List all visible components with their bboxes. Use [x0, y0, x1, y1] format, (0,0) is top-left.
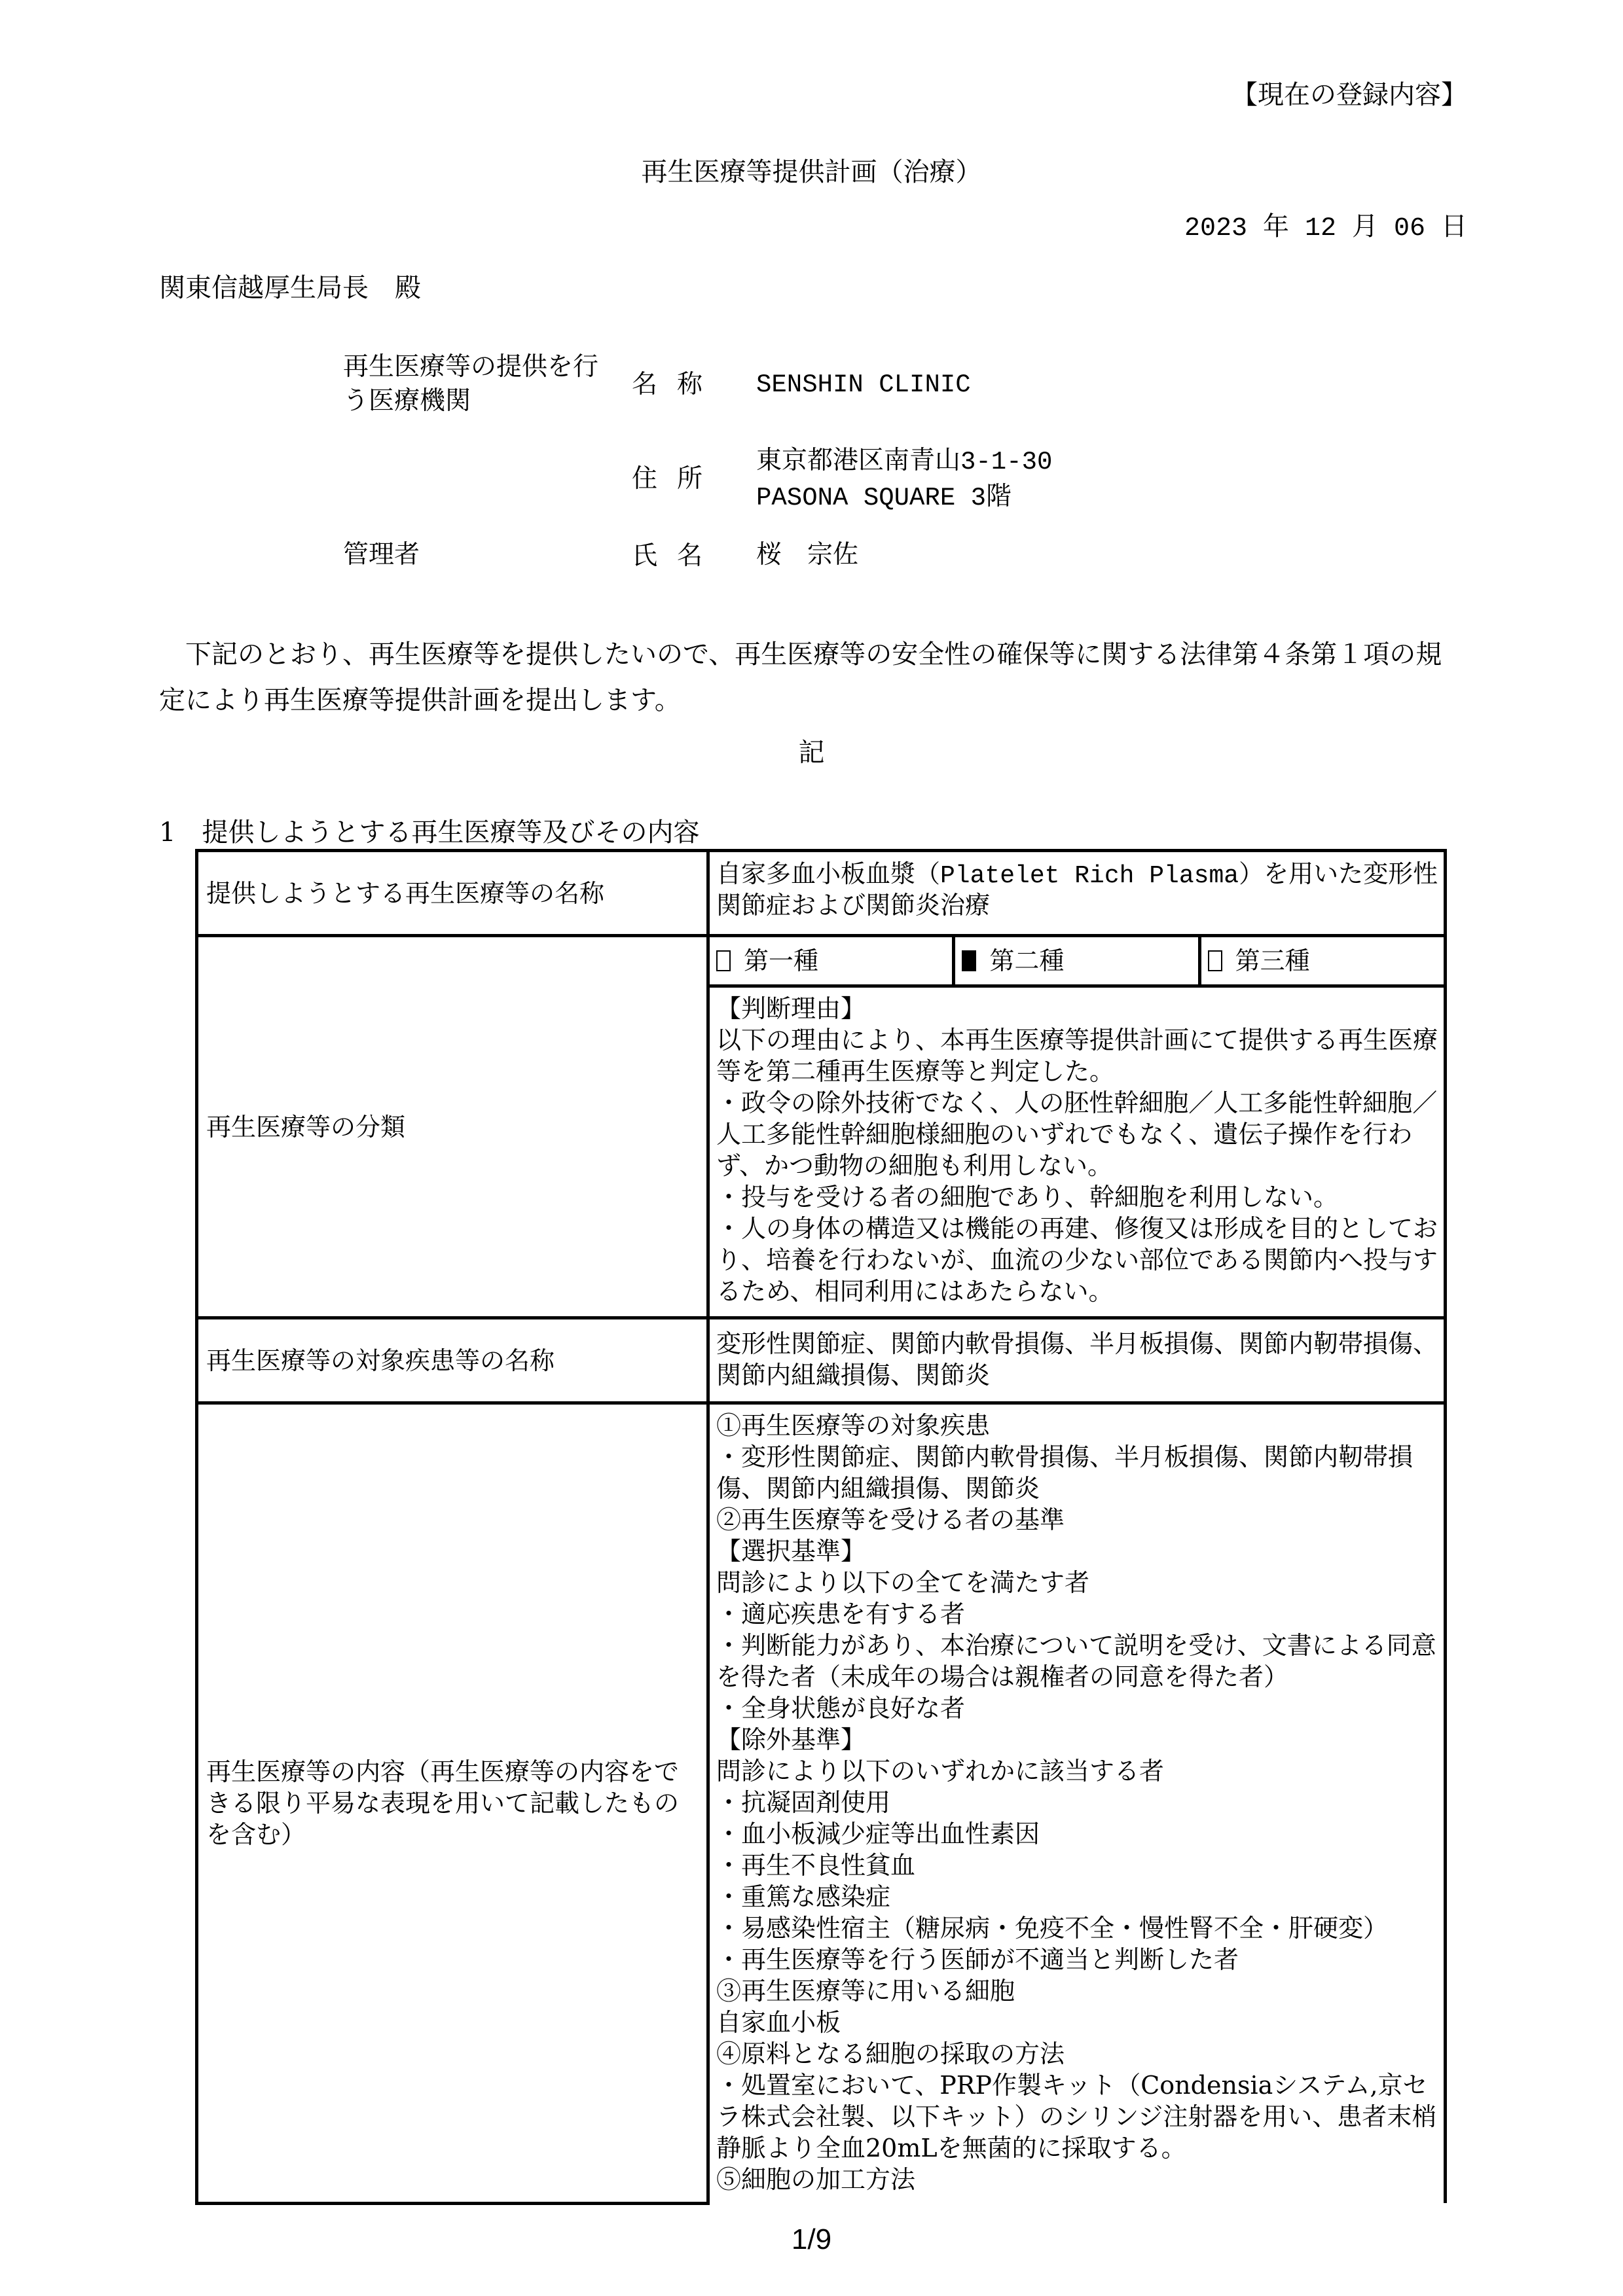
- page-number: 1/9: [0, 2225, 1623, 2254]
- institution-label: 再生医療等の提供を行う医療機関: [343, 350, 618, 418]
- institution-name: SENSHIN CLINIC: [756, 368, 971, 402]
- table-row-target-disease: 再生医療等の対象疾患等の名称 変形性関節症、関節内軟骨損傷、半月板損傷、関節内靭…: [197, 1318, 1446, 1403]
- document-date: 2023 年 12 月 06 日: [1184, 216, 1467, 242]
- content-line: ・処置室において、PRP作製キット（Condensiaシステム,京セラ株式会社製…: [716, 2070, 1438, 2164]
- content-line: ・重篤な感染症: [716, 1881, 1438, 1912]
- content-line: ・判断能力があり、本治療について説明を受け、文書による同意を得た者（未成年の場合…: [716, 1630, 1438, 1693]
- address-field-label: 住所: [632, 466, 722, 492]
- page-title: 再生医療等提供計画（治療）: [0, 159, 1623, 185]
- registration-status-label: 【現在の登録内容】: [1231, 82, 1467, 108]
- address-line-2: PASONA SQUARE 3階: [756, 481, 1012, 515]
- content-line: ③再生医療等に用いる細胞: [716, 1975, 1438, 2007]
- classification-cell: 第一種 第二種 第三種 【判断理由】 以下の理由により、本再生医療等提供計画にて…: [708, 936, 1446, 1318]
- option-label: 第一種: [744, 945, 818, 977]
- content-line: ①再生医療等の対象疾患: [716, 1410, 1438, 1441]
- reason-line: 以下の理由により、本再生医療等提供計画にて提供する再生医療等を第二種再生医療等と…: [716, 1024, 1438, 1087]
- checkbox-checked-icon[interactable]: [962, 950, 976, 971]
- content-label: 再生医療等の内容（再生医療等の内容をできる限り平易な表現を用いて記載したものを含…: [197, 1403, 708, 2204]
- content-line: ・再生医療等を行う医師が不適当と判断した者: [716, 1944, 1438, 1975]
- section-1-heading: 1 提供しようとする再生医療等及びその内容: [159, 819, 699, 846]
- treatment-name-label: 提供しようとする再生医療等の名称: [197, 851, 708, 936]
- option-class-3[interactable]: 第三種: [1201, 937, 1444, 984]
- checkbox-unchecked-icon[interactable]: [716, 950, 731, 971]
- reason-line: ・人の身体の構造又は機能の再建、修復又は形成を目的としており、培養を行わないが、…: [716, 1213, 1438, 1307]
- table-row-classification: 再生医療等の分類 第一種 第二種 第三種 【判断理由】 以下の理由により、本再生…: [197, 936, 1446, 1318]
- manager-label: 管理者: [343, 538, 618, 572]
- content-line: 【選択基準】: [716, 1535, 1438, 1567]
- option-class-1[interactable]: 第一種: [710, 937, 955, 984]
- option-class-2[interactable]: 第二種: [955, 937, 1201, 984]
- content-line: ④原料となる細胞の採取の方法: [716, 2038, 1438, 2070]
- table-row-content: 再生医療等の内容（再生医療等の内容をできる限り平易な表現を用いて記載したものを含…: [197, 1403, 1446, 2204]
- content-line: ②再生医療等を受ける者の基準: [716, 1504, 1438, 1535]
- content-value: ①再生医療等の対象疾患 ・変形性関節症、関節内軟骨損傷、半月板損傷、関節内靭帯損…: [708, 1403, 1446, 2204]
- content-line: ・再生不良性貧血: [716, 1850, 1438, 1881]
- content-line: ⑤細胞の加工方法: [716, 2164, 1438, 2195]
- addressee: 関東信越厚生局長 殿: [159, 275, 421, 301]
- reason-line: 【判断理由】: [716, 993, 1438, 1024]
- content-line: 自家血小板: [716, 2007, 1438, 2038]
- checkbox-unchecked-icon[interactable]: [1208, 950, 1222, 971]
- classification-reason: 【判断理由】 以下の理由により、本再生医療等提供計画にて提供する再生医療等を第二…: [710, 984, 1444, 1316]
- content-line: 【除外基準】: [716, 1724, 1438, 1755]
- option-label: 第二種: [989, 945, 1064, 977]
- option-label: 第三種: [1235, 945, 1310, 977]
- name-field-label: 名称: [632, 372, 722, 397]
- target-disease-label: 再生医療等の対象疾患等の名称: [197, 1318, 708, 1403]
- content-line: ・全身状態が良好な者: [716, 1693, 1438, 1724]
- classification-options: 第一種 第二種 第三種: [710, 937, 1444, 984]
- content-line: ・抗凝固剤使用: [716, 1787, 1438, 1818]
- reason-line: ・政令の除外技術でなく、人の胚性幹細胞／人工多能性幹細胞／人工多能性幹細胞様細胞…: [716, 1087, 1438, 1181]
- target-disease-value: 変形性関節症、関節内軟骨損傷、半月板損傷、関節内靭帯損傷、関節内組織損傷、関節炎: [708, 1318, 1446, 1403]
- table-row-treatment-name: 提供しようとする再生医療等の名称 自家多血小板血漿（Platelet Rich …: [197, 851, 1446, 936]
- content-line: 問診により以下の全てを満たす者: [716, 1567, 1438, 1598]
- content-line: 問診により以下のいずれかに該当する者: [716, 1755, 1438, 1787]
- content-line: ・変形性関節症、関節内軟骨損傷、半月板損傷、関節内靭帯損傷、関節内組織損傷、関節…: [716, 1441, 1438, 1504]
- ki-heading: 記: [0, 740, 1623, 766]
- content-line: ・適応疾患を有する者: [716, 1598, 1438, 1630]
- plan-content-table: 提供しようとする再生医療等の名称 自家多血小板血漿（Platelet Rich …: [195, 849, 1447, 2205]
- classification-label: 再生医療等の分類: [197, 936, 708, 1318]
- content-line: ・血小板減少症等出血性素因: [716, 1818, 1438, 1850]
- content-line: ・易感染性宿主（糖尿病・免疫不全・慢性腎不全・肝硬変）: [716, 1912, 1438, 1944]
- intro-paragraph: 下記のとおり、再生医療等を提供したいので、再生医療等の安全性の確保等に関する法律…: [159, 632, 1462, 723]
- reason-line: ・投与を受ける者の細胞であり、幹細胞を利用しない。: [716, 1181, 1438, 1213]
- manager-name-field-label: 氏名: [632, 543, 722, 569]
- address-line-1: 東京都港区南青山3-1-30: [756, 445, 1052, 479]
- manager-name: 桜 宗佐: [756, 538, 858, 572]
- treatment-name-value: 自家多血小板血漿（Platelet Rich Plasma）を用いた変形性関節症…: [708, 851, 1446, 936]
